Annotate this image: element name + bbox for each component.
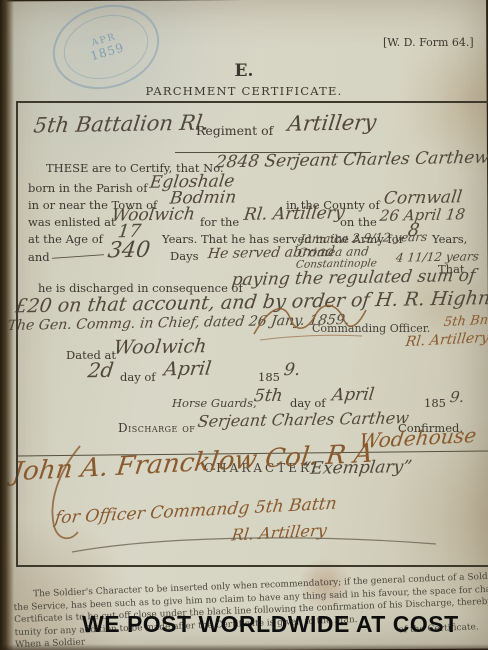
section-letter: E. (0, 61, 488, 81)
form-reference: [W. D. Form 64.] (383, 36, 474, 49)
photo-of-certificate: APR 1859 [W. D. Form 64.] E. PARCHMENT C… (0, 0, 488, 650)
photo-bottom-edge-shadow (0, 644, 488, 650)
document-text-layer: [W. D. Form 64.] E. PARCHMENT CERTIFICAT… (0, 0, 488, 650)
photo-left-edge-shadow (0, 0, 14, 650)
page-title: PARCHMENT CERTIFICATE. (0, 84, 488, 98)
signature-flourish (70, 532, 440, 556)
seller-watermark-text: WE POST WORLDWIDE AT COST (82, 611, 459, 638)
co-signature-scrawl (250, 296, 370, 342)
